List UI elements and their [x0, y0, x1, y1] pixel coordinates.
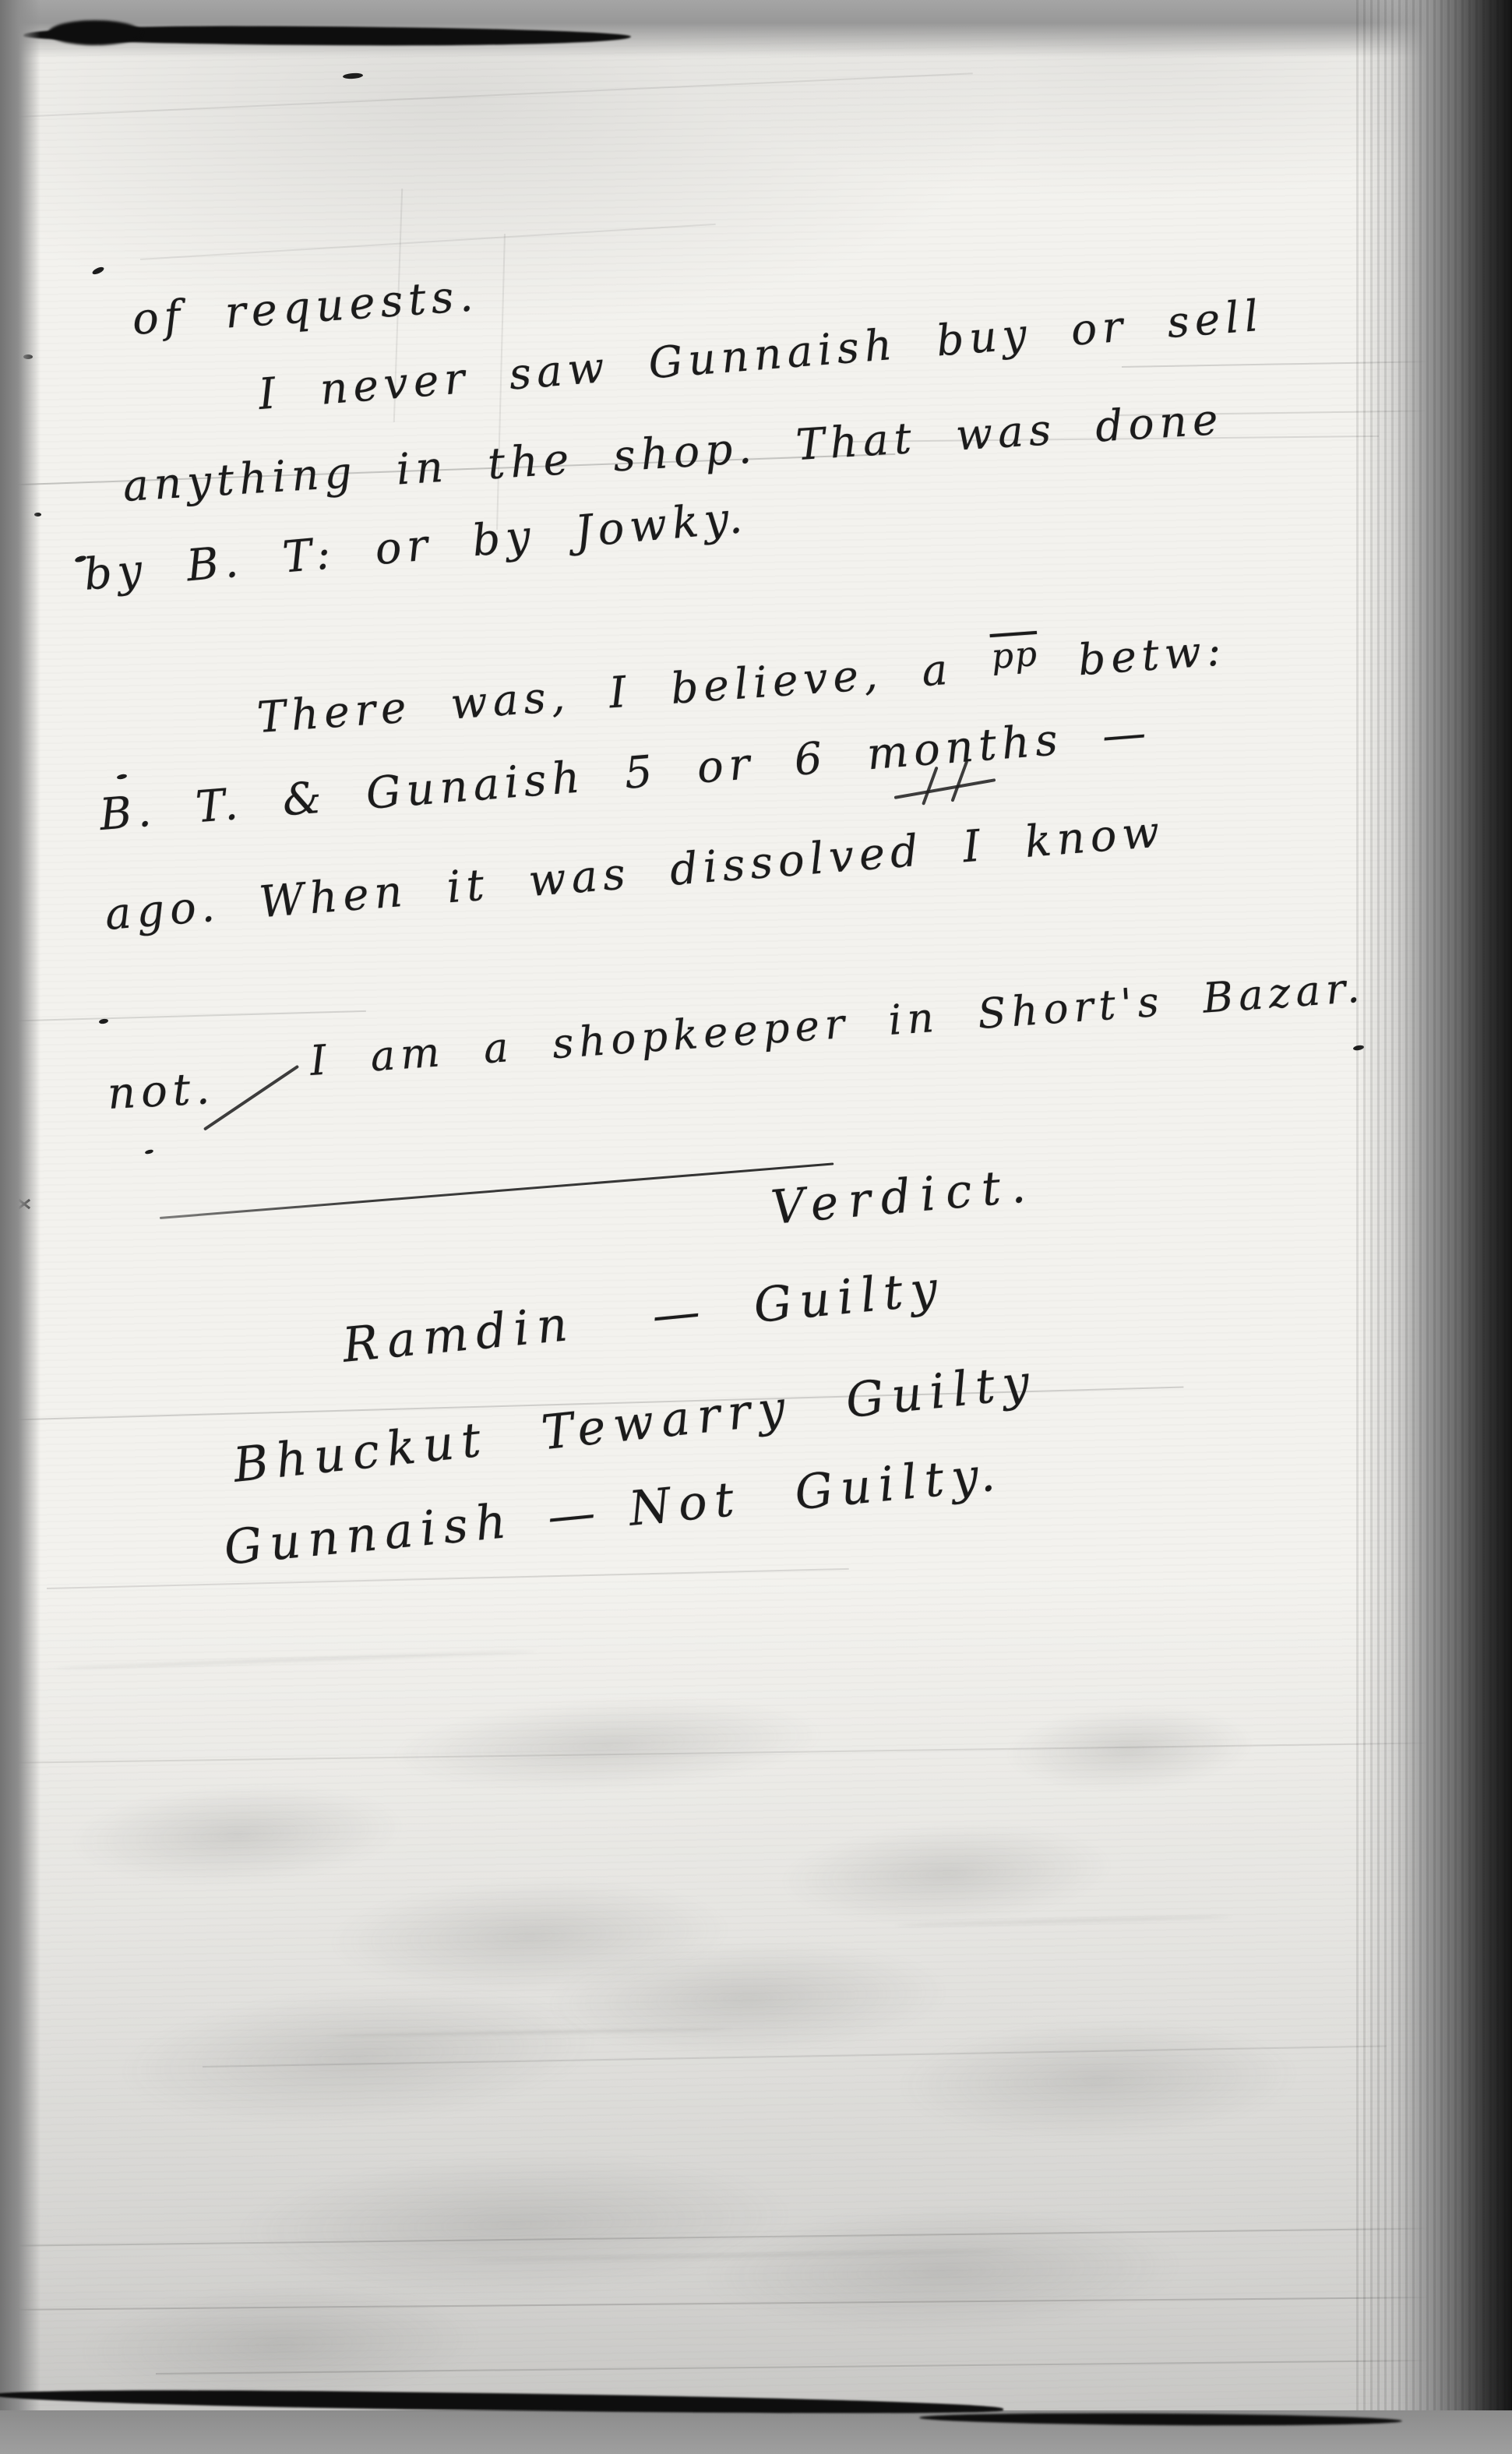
ghost-smudge — [777, 1814, 1116, 1933]
verdict-underline — [160, 1162, 834, 1219]
ghost-stroke — [467, 2250, 1013, 2262]
book-gutter-shadow — [1356, 0, 1512, 2454]
ink-speck — [99, 1018, 109, 1024]
ghost-smudge — [700, 2198, 1186, 2343]
ghost-smudge — [544, 1933, 953, 2064]
verdict-dash: — — [650, 1283, 710, 1343]
ghost-smudge — [1003, 1700, 1256, 1799]
ghost-smudge — [893, 2011, 1302, 2149]
line-text: betw: — [1077, 625, 1228, 685]
verdict-heading: Verdict. — [769, 1158, 1038, 1235]
verdict-result: Not Guilty. — [626, 1446, 1005, 1537]
manuscript-scan-page: of requests. I never saw Gunnaish buy or… — [0, 0, 1512, 2454]
ink-speck — [91, 266, 104, 276]
scan-edge-ink-blot — [48, 20, 142, 45]
bottom-stain-shading — [0, 1574, 1512, 2454]
strikeout-mark — [894, 778, 996, 799]
manuscript-line: I am a shopkeeper in Short's Bazar. — [308, 964, 1366, 1085]
scratch-line — [156, 2360, 1433, 2375]
line-text: There was, I believe, a — [256, 644, 954, 742]
ghost-smudge — [112, 1970, 604, 2144]
scan-edge-left — [0, 0, 41, 2454]
scratch-line — [203, 2045, 1387, 2068]
verdict-row: Ramdin—Guilty — [340, 1260, 948, 1373]
manuscript-line: by B. T: or by Jowky. — [82, 492, 749, 601]
manuscript-line: not. — [106, 1063, 216, 1119]
scratch-line — [140, 224, 716, 260]
scratch-line — [0, 2296, 1512, 2311]
ghost-smudge — [231, 2140, 797, 2308]
ghost-stroke — [896, 1916, 1231, 1927]
verdict-dash: — — [545, 1484, 605, 1544]
manuscript-line: of requests. — [131, 270, 480, 345]
partnership-abbreviation: pp — [990, 634, 1040, 677]
pen-flourish — [203, 1065, 299, 1131]
ink-speck — [117, 774, 128, 781]
scratch-line — [0, 1010, 366, 1022]
ghost-smudge — [68, 1775, 407, 1894]
defendant-name: Ramdin — [340, 1296, 578, 1373]
ghost-stroke — [55, 1650, 537, 1669]
ghost-smudge — [326, 1870, 735, 2001]
defendant-name: Gunnaish — [222, 1493, 516, 1575]
ink-speck — [145, 1149, 154, 1155]
verdict-result: Guilty — [752, 1260, 948, 1334]
verdict-result: Guilty — [843, 1354, 1039, 1429]
scratch-line — [47, 1568, 849, 1589]
scratch-line — [0, 1741, 1480, 1764]
ghost-stroke — [327, 2028, 732, 2037]
scratch-line — [0, 2227, 1512, 2247]
scratch-line — [0, 72, 973, 118]
ghost-smudge — [387, 1687, 828, 1803]
ink-speck — [343, 72, 363, 79]
